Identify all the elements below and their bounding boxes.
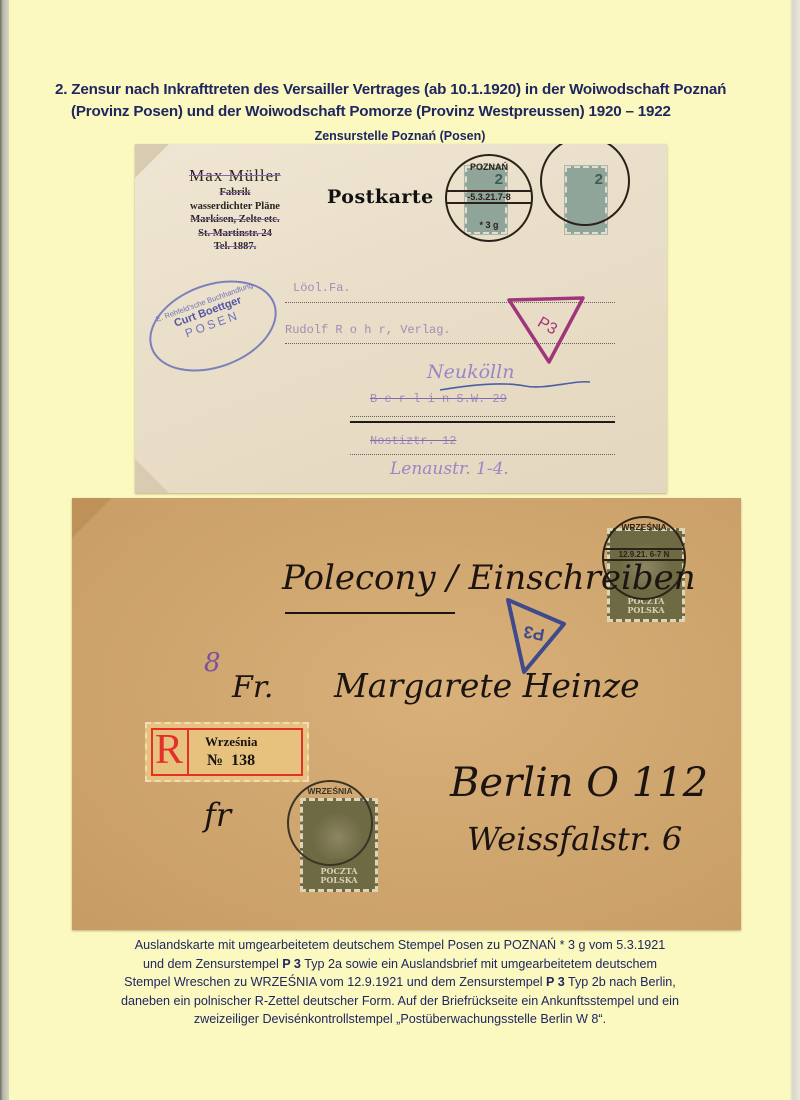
photo-corner bbox=[135, 459, 169, 493]
caption-line: Auslandskarte mit umgearbeitetem deutsch… bbox=[0, 936, 800, 955]
postcard-image: Max Müller Fabrik wasserdichter Pläne Ma… bbox=[135, 144, 667, 493]
registration-label: R Września № 138 bbox=[145, 722, 309, 782]
photo-corner bbox=[72, 498, 112, 538]
sender-name: Max Müller bbox=[155, 166, 315, 186]
censor-triangle-p3: P3 bbox=[502, 596, 572, 676]
registration-letter: R bbox=[151, 728, 189, 776]
recipient-street: Weissfalstr. 6 bbox=[467, 820, 682, 858]
struck-street: Nostiztr. 12 bbox=[370, 434, 456, 448]
underline-stroke bbox=[285, 612, 455, 614]
sender-line: Markisen, Zelte etc. bbox=[155, 213, 315, 227]
registration-number: № 138 bbox=[207, 752, 255, 770]
page-right-edge bbox=[790, 0, 800, 1100]
postmark-poznan bbox=[540, 144, 630, 226]
address-rule bbox=[350, 416, 615, 417]
page-left-edge bbox=[0, 0, 9, 1100]
sender-line: wasserdichter Pläne bbox=[155, 200, 315, 214]
registration-office: Września bbox=[205, 734, 257, 750]
recipient-city: Berlin O 112 bbox=[450, 760, 708, 806]
recipient-name: Margarete Heinze bbox=[334, 666, 640, 705]
handwritten-number: 8 bbox=[204, 648, 221, 678]
bookseller-oval-stamp: E. Rehfeld'sche Buchhandlung Curt Boettg… bbox=[137, 264, 290, 388]
recipient-salutation: Fr. bbox=[232, 670, 273, 705]
censor-triangle-p3: P3 bbox=[505, 294, 587, 366]
caption-line: daneben ein polnischer R-Zettel deutsche… bbox=[0, 992, 800, 1011]
address-rule bbox=[350, 454, 615, 455]
section-subtitle: Zensurstelle Poznań (Posen) bbox=[0, 129, 800, 143]
postmark-wrzesnia: WRZEŚNIA bbox=[287, 780, 373, 866]
postcard-heading: Postkarte bbox=[327, 186, 434, 208]
description-caption: Auslandskarte mit umgearbeitetem deutsch… bbox=[0, 936, 800, 1029]
envelope-image: POCZTAPOLSKA WRZEŚNIA 12.9.21. 6-7 N POC… bbox=[72, 498, 741, 930]
sender-line: St. Martinstr. 24 bbox=[155, 227, 315, 241]
svg-text:P3: P3 bbox=[522, 622, 546, 644]
caption-line: Stempel Wreschen zu WRZEŚNIA vom 12.9.19… bbox=[0, 973, 800, 992]
svg-text:P3: P3 bbox=[535, 314, 561, 339]
address-line-2: Rudolf R o h r, Verlag. bbox=[285, 323, 451, 337]
title-line-2: (Provinz Posen) und der Woiwodschaft Pom… bbox=[55, 101, 775, 123]
handwritten-street: Lenaustr. 1-4. bbox=[390, 459, 509, 479]
caption-line: und dem Zensurstempel P 3 Typ 2a sowie e… bbox=[0, 955, 800, 974]
handwritten-note: fr bbox=[204, 796, 231, 834]
address-line-1: Löol.Fa. bbox=[293, 281, 351, 295]
postmark-poznan: POZNAŃ -5.3.21.7-8 * 3 g bbox=[445, 154, 533, 242]
address-rule-solid bbox=[350, 421, 615, 423]
caption-line: zweizeiliger Devisénkontrollstempel „Pos… bbox=[0, 1010, 800, 1029]
page-title: 2. Zensur nach Inkrafttreten des Versail… bbox=[55, 79, 775, 123]
sender-imprint: Max Müller Fabrik wasserdichter Pläne Ma… bbox=[155, 166, 315, 254]
sender-line: Tel. 1887. bbox=[155, 240, 315, 254]
struck-city: B e r l i n S.W. 29 bbox=[370, 392, 507, 406]
title-line-1: 2. Zensur nach Inkrafttreten des Versail… bbox=[55, 81, 726, 98]
handwritten-polecony: Polecony / Einschreiben bbox=[282, 558, 696, 598]
sender-line: Fabrik bbox=[155, 186, 315, 200]
